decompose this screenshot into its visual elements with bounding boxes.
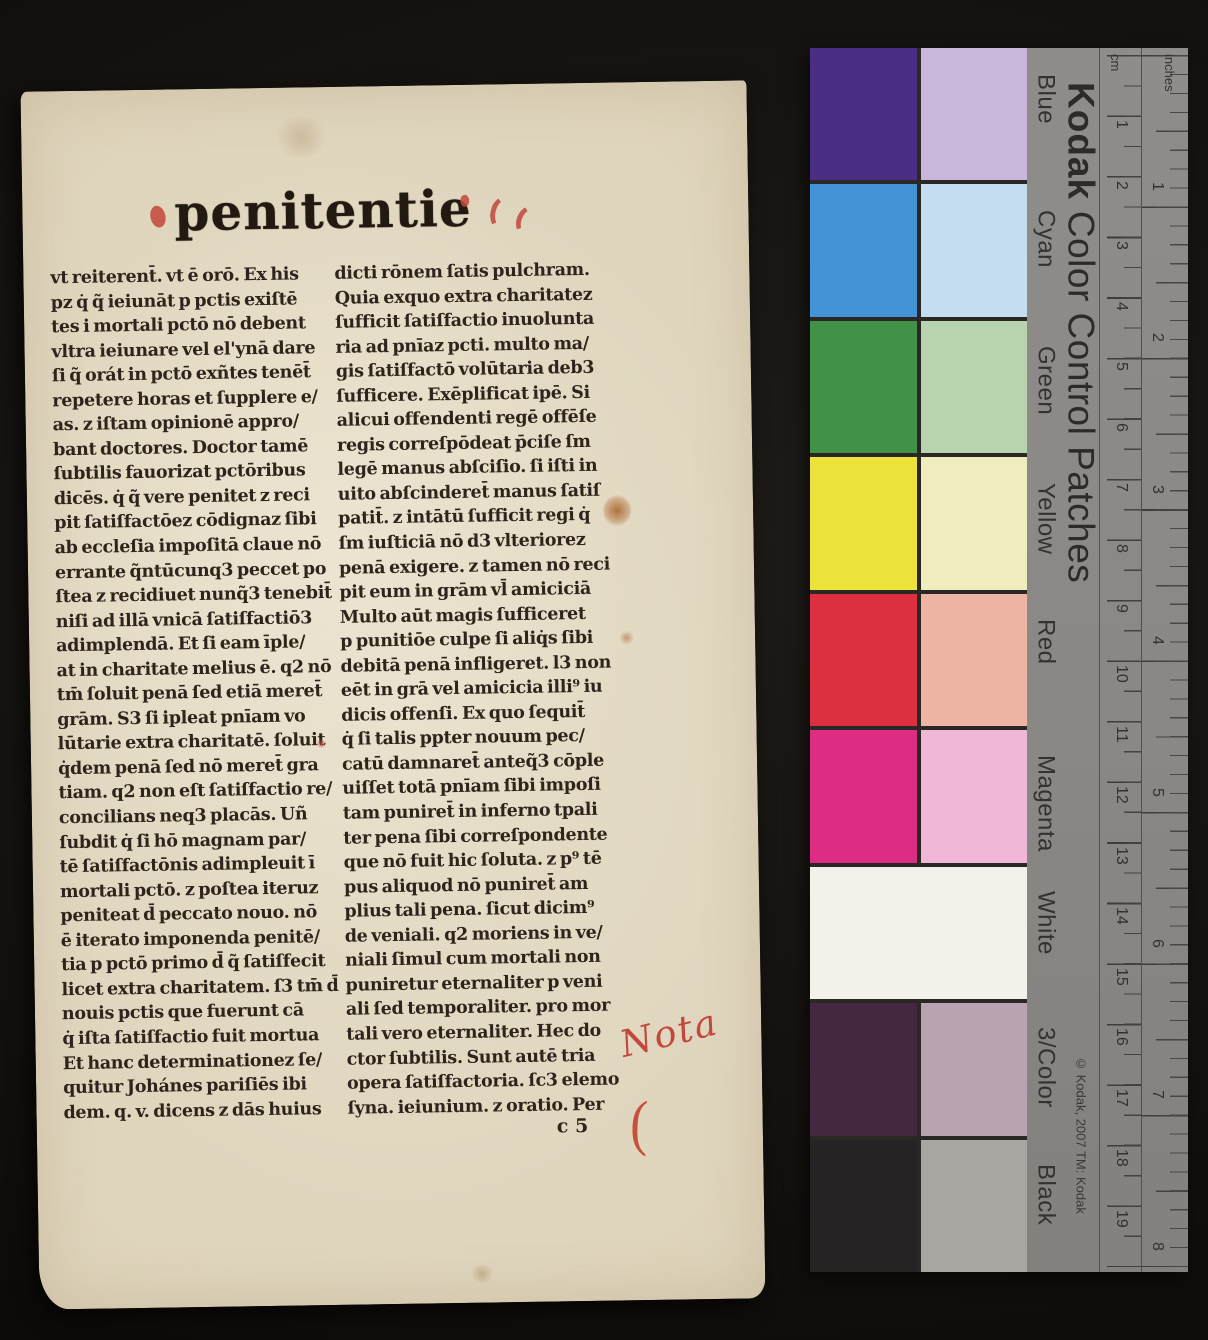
color-patch	[810, 730, 917, 862]
inch-number: 8	[1148, 1242, 1166, 1251]
patch-row	[810, 321, 1027, 453]
cm-half-tick-marks	[1124, 55, 1141, 1267]
inch-number: 1	[1148, 182, 1166, 191]
cm-number: 16	[1112, 1028, 1130, 1046]
color-patch-tint	[921, 48, 1028, 180]
text-line: dem. q. v. dicens z dās huius	[63, 1096, 349, 1125]
patch-label: 3/Color	[1031, 1027, 1059, 1108]
page-title: penitentie	[174, 179, 472, 243]
inch-number: 4	[1148, 636, 1166, 645]
patch-label: White	[1031, 891, 1059, 955]
inches-label: inches	[1162, 54, 1177, 92]
inch-half-tick-marks	[1156, 55, 1188, 1267]
text-line: licet extra charitatem. ſ3 tm̄ d̄	[61, 974, 347, 1003]
inch-number: 2	[1148, 333, 1166, 342]
color-patch	[810, 184, 917, 316]
ruler-divider	[1141, 48, 1142, 1272]
rubric-mark-icon	[487, 194, 519, 233]
color-patch-tint	[919, 867, 1028, 999]
color-patch	[810, 594, 917, 726]
color-patch-tint	[921, 321, 1028, 453]
color-patch	[810, 457, 917, 589]
cm-number: 3	[1112, 241, 1130, 250]
inch-eighth-tick-marks	[1170, 55, 1188, 1267]
cm-number: 19	[1112, 1210, 1130, 1228]
cm-number: 14	[1112, 907, 1130, 925]
patch-label: Green	[1031, 346, 1059, 415]
cm-number: 8	[1112, 544, 1130, 553]
patch-row	[810, 867, 1027, 999]
cm-number: 1	[1112, 120, 1130, 129]
patch-label: Blue	[1031, 74, 1059, 124]
card-title: Kodak Color Control Patches	[1059, 82, 1101, 583]
patch-label: Black	[1031, 1164, 1059, 1225]
text-column-right: dicti rōnem ſatis pulchram.Quia exquo ex…	[334, 257, 633, 1121]
quire-signature: c 5	[557, 1115, 589, 1137]
cm-label: cm	[1108, 54, 1123, 71]
text-line: ſyna. ieiunium. z oratio. Per	[347, 1092, 633, 1121]
patch-label: Cyan	[1031, 210, 1059, 268]
cm-number: 15	[1112, 968, 1130, 986]
patch-label: Yellow	[1031, 483, 1059, 555]
text-column-left: vt reiterent̄. vt ē orō. Ex hispz q̇ q̃ …	[50, 262, 349, 1126]
cm-number: 5	[1112, 362, 1130, 371]
color-patch-grid	[810, 48, 1027, 1272]
patch-row	[810, 594, 1027, 726]
cm-number: 11	[1112, 726, 1130, 743]
color-patch-tint	[921, 730, 1028, 862]
cm-number: 18	[1112, 1149, 1130, 1167]
patch-row	[810, 730, 1027, 862]
inch-number: 6	[1148, 939, 1166, 948]
kodak-logo: Kodak	[1060, 82, 1101, 200]
text-line: tali vero eternaliter. Hec do	[346, 1018, 632, 1047]
inch-number: 5	[1148, 788, 1166, 797]
kodak-color-control-card: BlueCyanGreenYellowRedMagentaWhite3/Colo…	[810, 48, 1188, 1272]
cm-number: 4	[1112, 302, 1130, 311]
cm-tick-marks	[1107, 55, 1141, 1267]
patch-row	[810, 1003, 1027, 1135]
patch-label: Red	[1031, 619, 1059, 665]
patch-row	[810, 1140, 1027, 1272]
color-patch	[810, 1140, 917, 1272]
cm-number: 13	[1112, 847, 1130, 865]
card-label-strip: BlueCyanGreenYellowRedMagentaWhite3/Colo…	[1027, 48, 1099, 1272]
color-patch-tint	[921, 594, 1028, 726]
marginalia-paren-mark: (	[629, 1088, 649, 1160]
color-patch-tint	[921, 457, 1028, 589]
cm-number: 17	[1112, 1089, 1130, 1107]
color-patch	[810, 48, 917, 180]
rubric-mark-icon	[148, 204, 168, 229]
patch-row	[810, 48, 1027, 180]
stain	[469, 1264, 495, 1282]
color-patch	[810, 867, 919, 999]
cm-number: 2	[1112, 181, 1130, 190]
color-patch-tint	[921, 1140, 1028, 1272]
patch-row	[810, 184, 1027, 316]
manuscript-page: penitentie vt reiterent̄. vt ē orō. Ex h…	[20, 80, 765, 1309]
color-patch-tint	[921, 184, 1028, 316]
cm-number: 7	[1112, 483, 1130, 492]
color-patch-tint	[921, 1003, 1028, 1135]
cm-number: 6	[1112, 423, 1130, 432]
cm-number: 12	[1112, 786, 1130, 804]
card-copyright: © Kodak, 2007 TM: Kodak	[1073, 1056, 1088, 1214]
inch-tick-marks	[1142, 55, 1188, 1267]
ruler: cm inches 12345678910111213141516171819 …	[1099, 48, 1188, 1272]
rubric-mark-icon	[512, 203, 543, 239]
color-patch	[810, 1003, 917, 1135]
cm-number: 9	[1112, 604, 1130, 613]
text-line: q̇ iſta ſatiſfactio fuit mortua	[62, 1023, 348, 1052]
inch-number: 7	[1148, 1090, 1166, 1099]
cm-number: 10	[1112, 665, 1130, 683]
rubric-mark-icon	[460, 195, 469, 207]
stain	[271, 117, 332, 158]
inch-number: 3	[1148, 485, 1166, 494]
patch-row	[810, 457, 1027, 589]
color-patch	[810, 321, 917, 453]
patch-label: Magenta	[1031, 755, 1059, 852]
